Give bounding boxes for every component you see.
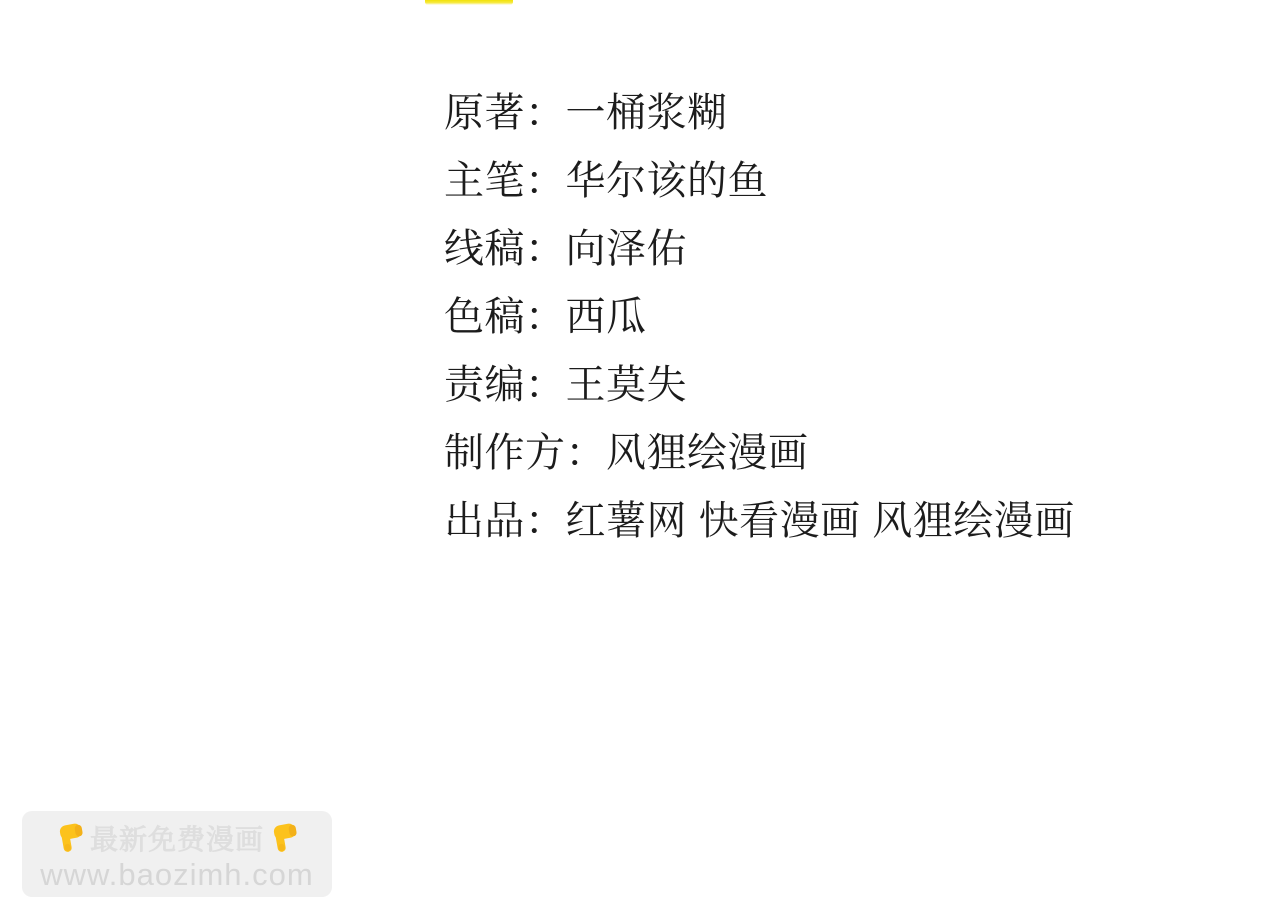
credit-line-editor: 责编：王莫失 [444,351,1075,419]
watermark-url: www.baozimh.com [40,859,313,890]
credit-line-original-author: 原著：一桶浆糊 [444,79,1075,147]
watermark-tagline: 最新免费漫画 [90,818,264,858]
credit-line-lineart: 线稿：向泽佑 [444,215,1075,283]
watermark-tagline-row: 最新免费漫画 [54,818,300,858]
credit-line-production: 制作方：风狸绘漫画 [444,419,1075,487]
comic-credits-page: 原著：一桶浆糊 主笔：华尔该的鱼 线稿：向泽佑 色稿：西瓜 责编：王莫失 制作方… [0,0,1280,920]
credit-line-publishers: 出品：红薯网 快看漫画 风狸绘漫画 [444,487,1075,555]
pointing-down-icon [54,822,86,854]
pointing-down-icon [268,822,300,854]
credit-line-lead-artist: 主笔：华尔该的鱼 [444,147,1075,215]
site-watermark: 最新免费漫画 www.baozimh.com [22,811,332,897]
credit-line-coloring: 色稿：西瓜 [444,283,1075,351]
top-yellow-marker [425,0,513,5]
credits-block: 原著：一桶浆糊 主笔：华尔该的鱼 线稿：向泽佑 色稿：西瓜 责编：王莫失 制作方… [444,79,1075,555]
